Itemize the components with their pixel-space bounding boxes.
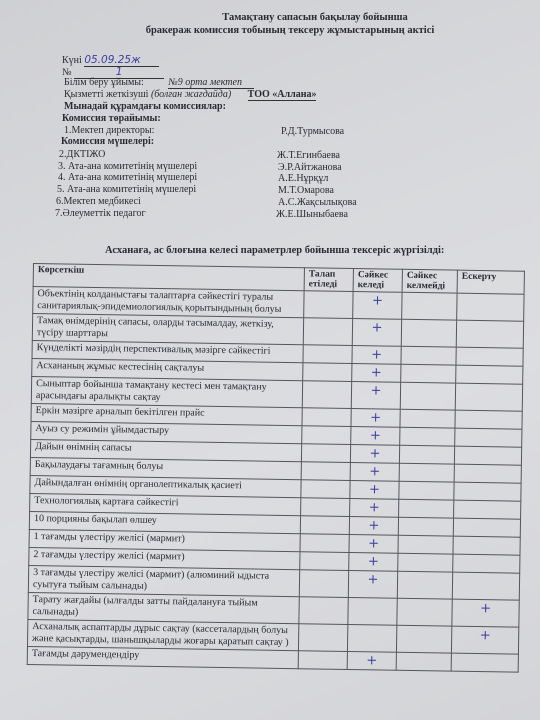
member-role: 4. Ата-ана комитетінің мүшелері bbox=[58, 172, 197, 183]
supplier-note: (болған жағдайда) bbox=[151, 89, 231, 100]
non-compliant-cell bbox=[401, 346, 456, 365]
note-cell bbox=[453, 518, 520, 537]
note-cell bbox=[452, 572, 519, 600]
member-role: 6.Мектеп медбикесі bbox=[56, 196, 141, 207]
column-header-non-compliant: Сәйкес келмейді bbox=[402, 269, 457, 293]
document-title-line2: бракераж комиссия тобының тексеру жұмыст… bbox=[20, 25, 540, 36]
supplier-value: ТОО «Аллана» bbox=[248, 89, 317, 101]
table-body: Объектінің колданыстағы талаптарға сәйке… bbox=[27, 287, 524, 673]
compliant-cell: + bbox=[352, 364, 401, 383]
compliant-cell: + bbox=[350, 463, 399, 482]
chair-name: Р.Д.Турмысова bbox=[281, 126, 344, 137]
required-cell bbox=[303, 345, 352, 364]
non-compliant-cell bbox=[400, 427, 455, 446]
required-cell bbox=[302, 426, 351, 445]
required-cell bbox=[298, 651, 347, 670]
note-cell bbox=[455, 410, 522, 429]
members-heading: Комиссия мүшелері: bbox=[61, 136, 154, 147]
note-cell bbox=[457, 293, 524, 321]
member-name: Ж.Е.Шыныбаева bbox=[276, 209, 348, 220]
non-compliant-cell bbox=[399, 499, 454, 518]
non-compliant-cell bbox=[397, 598, 452, 626]
member-name: Ж.Т.Егинбаева bbox=[277, 150, 340, 161]
note-cell bbox=[455, 428, 522, 447]
indicator-cell: Объектінің колданыстағы талаптарға сәйке… bbox=[33, 287, 304, 318]
note-cell bbox=[456, 347, 523, 366]
non-compliant-cell bbox=[396, 625, 451, 653]
required-cell bbox=[302, 381, 351, 409]
compliant-cell: + bbox=[349, 552, 398, 571]
note-cell bbox=[454, 446, 521, 465]
required-cell bbox=[304, 291, 353, 319]
indicator-cell: Тарату жағдайы (ылғалды затты пайдалануғ… bbox=[28, 592, 299, 623]
commission-heading: Мынадай құрамдағы комиссиялар: bbox=[64, 101, 226, 112]
member-role: 2.ДКТІЖО bbox=[59, 149, 105, 160]
compliant-cell: + bbox=[353, 292, 402, 320]
note-cell bbox=[453, 536, 520, 555]
non-compliant-cell bbox=[401, 319, 456, 347]
compliant-cell: + bbox=[350, 445, 399, 464]
compliant-cell bbox=[347, 624, 396, 652]
member-role: 5. Ата-ана комитетінің мүшелері bbox=[57, 184, 196, 195]
member-name: М.Т.Омарова bbox=[278, 185, 334, 196]
indicator-cell: Тамақ өнімдерінің сапасы, оларды тасымал… bbox=[32, 314, 303, 345]
note-cell bbox=[456, 320, 523, 348]
required-cell bbox=[300, 552, 349, 571]
indicator-cell: Тағамды дәрумендендіру bbox=[27, 646, 298, 668]
member-role: 3. Ата-ана комитетінің мүшелері bbox=[58, 161, 197, 172]
required-cell bbox=[300, 534, 349, 553]
non-compliant-cell bbox=[399, 445, 454, 464]
note-cell bbox=[454, 500, 521, 519]
compliant-cell: + bbox=[351, 427, 400, 446]
compliant-cell: + bbox=[351, 409, 400, 428]
compliant-cell: + bbox=[349, 517, 398, 536]
note-cell bbox=[456, 365, 523, 384]
required-cell bbox=[299, 570, 348, 598]
non-compliant-cell bbox=[399, 463, 454, 482]
non-compliant-cell bbox=[397, 571, 452, 599]
organization-value: №9 орта мектеп bbox=[168, 77, 254, 89]
required-cell bbox=[298, 624, 347, 652]
required-cell bbox=[301, 444, 350, 463]
required-cell bbox=[303, 363, 352, 382]
indicator-cell: Сыныптар бойынша тамақтану кестесі мен т… bbox=[31, 376, 302, 407]
compliant-cell: + bbox=[352, 346, 401, 365]
non-compliant-cell bbox=[396, 652, 451, 671]
member-name: А.Е.Нұрқұл bbox=[278, 173, 328, 184]
required-cell bbox=[301, 480, 350, 499]
organization-row: Білім беру ұйымы: №9 орта мектеп bbox=[64, 77, 254, 89]
required-cell bbox=[301, 462, 350, 481]
chair-heading: Комиссия төрайымы: bbox=[62, 113, 161, 124]
note-cell bbox=[453, 554, 520, 573]
required-cell bbox=[299, 597, 348, 625]
compliant-cell: + bbox=[348, 570, 397, 598]
non-compliant-cell bbox=[398, 517, 453, 536]
member-role: 7.Әлеуметтік педагог bbox=[55, 208, 146, 219]
compliant-cell: + bbox=[350, 499, 399, 518]
inspection-act-page: Тамақтану сапасын бақылау бойынша бракер… bbox=[0, 0, 540, 720]
column-header-compliant: Сәйкес келеді bbox=[353, 269, 402, 293]
compliant-cell: + bbox=[349, 535, 398, 554]
note-cell: + bbox=[451, 626, 518, 654]
non-compliant-cell bbox=[398, 553, 453, 572]
document-title-line1: Тамақтану сапасын бақылау бойынша bbox=[45, 12, 540, 23]
chair-role: 1.Мектеп директоры: bbox=[64, 125, 154, 136]
non-compliant-cell bbox=[399, 481, 454, 500]
column-header-note: Ескерту bbox=[457, 270, 524, 294]
compliant-cell: + bbox=[347, 651, 396, 670]
inspection-table: Көрсеткіш Талап етіледі Сәйкес келеді Сә… bbox=[27, 263, 525, 673]
non-compliant-cell bbox=[398, 535, 453, 554]
indicator-cell: 3 тағамды үлестіру желісі (мармит) (алюм… bbox=[28, 565, 299, 596]
note-cell bbox=[455, 383, 522, 411]
required-cell bbox=[303, 318, 352, 346]
note-cell: + bbox=[452, 599, 519, 627]
member-name: Э.Р.Айтжанова bbox=[278, 162, 342, 173]
supplier-row: Қызметті жеткізуші (болған жағдайда) ТОО… bbox=[64, 89, 316, 101]
note-cell bbox=[454, 482, 521, 501]
non-compliant-cell bbox=[401, 364, 456, 383]
compliant-cell bbox=[348, 597, 397, 625]
required-cell bbox=[300, 516, 349, 535]
required-cell bbox=[302, 408, 351, 427]
organization-label: Білім беру ұйымы: bbox=[64, 77, 144, 88]
non-compliant-cell bbox=[402, 292, 457, 320]
note-cell bbox=[454, 464, 521, 483]
compliant-cell: + bbox=[352, 319, 401, 347]
required-cell bbox=[301, 498, 350, 517]
supplier-label: Қызметті жеткізуші bbox=[64, 89, 148, 100]
date-label: Күні bbox=[62, 55, 82, 66]
member-name: А.С.Жақсылықова bbox=[278, 197, 357, 208]
column-header-required: Талап етіледі bbox=[304, 268, 353, 292]
inspection-heading: Асханаға, ас блоғына келесі параметрлер … bbox=[105, 245, 444, 256]
non-compliant-cell bbox=[400, 382, 455, 410]
compliant-cell: + bbox=[350, 481, 399, 500]
indicator-cell: Асханалық аспаптарды дұрыс сақтау (кассе… bbox=[27, 619, 298, 650]
non-compliant-cell bbox=[400, 409, 455, 428]
compliant-cell: + bbox=[351, 382, 400, 410]
note-cell bbox=[451, 653, 518, 672]
